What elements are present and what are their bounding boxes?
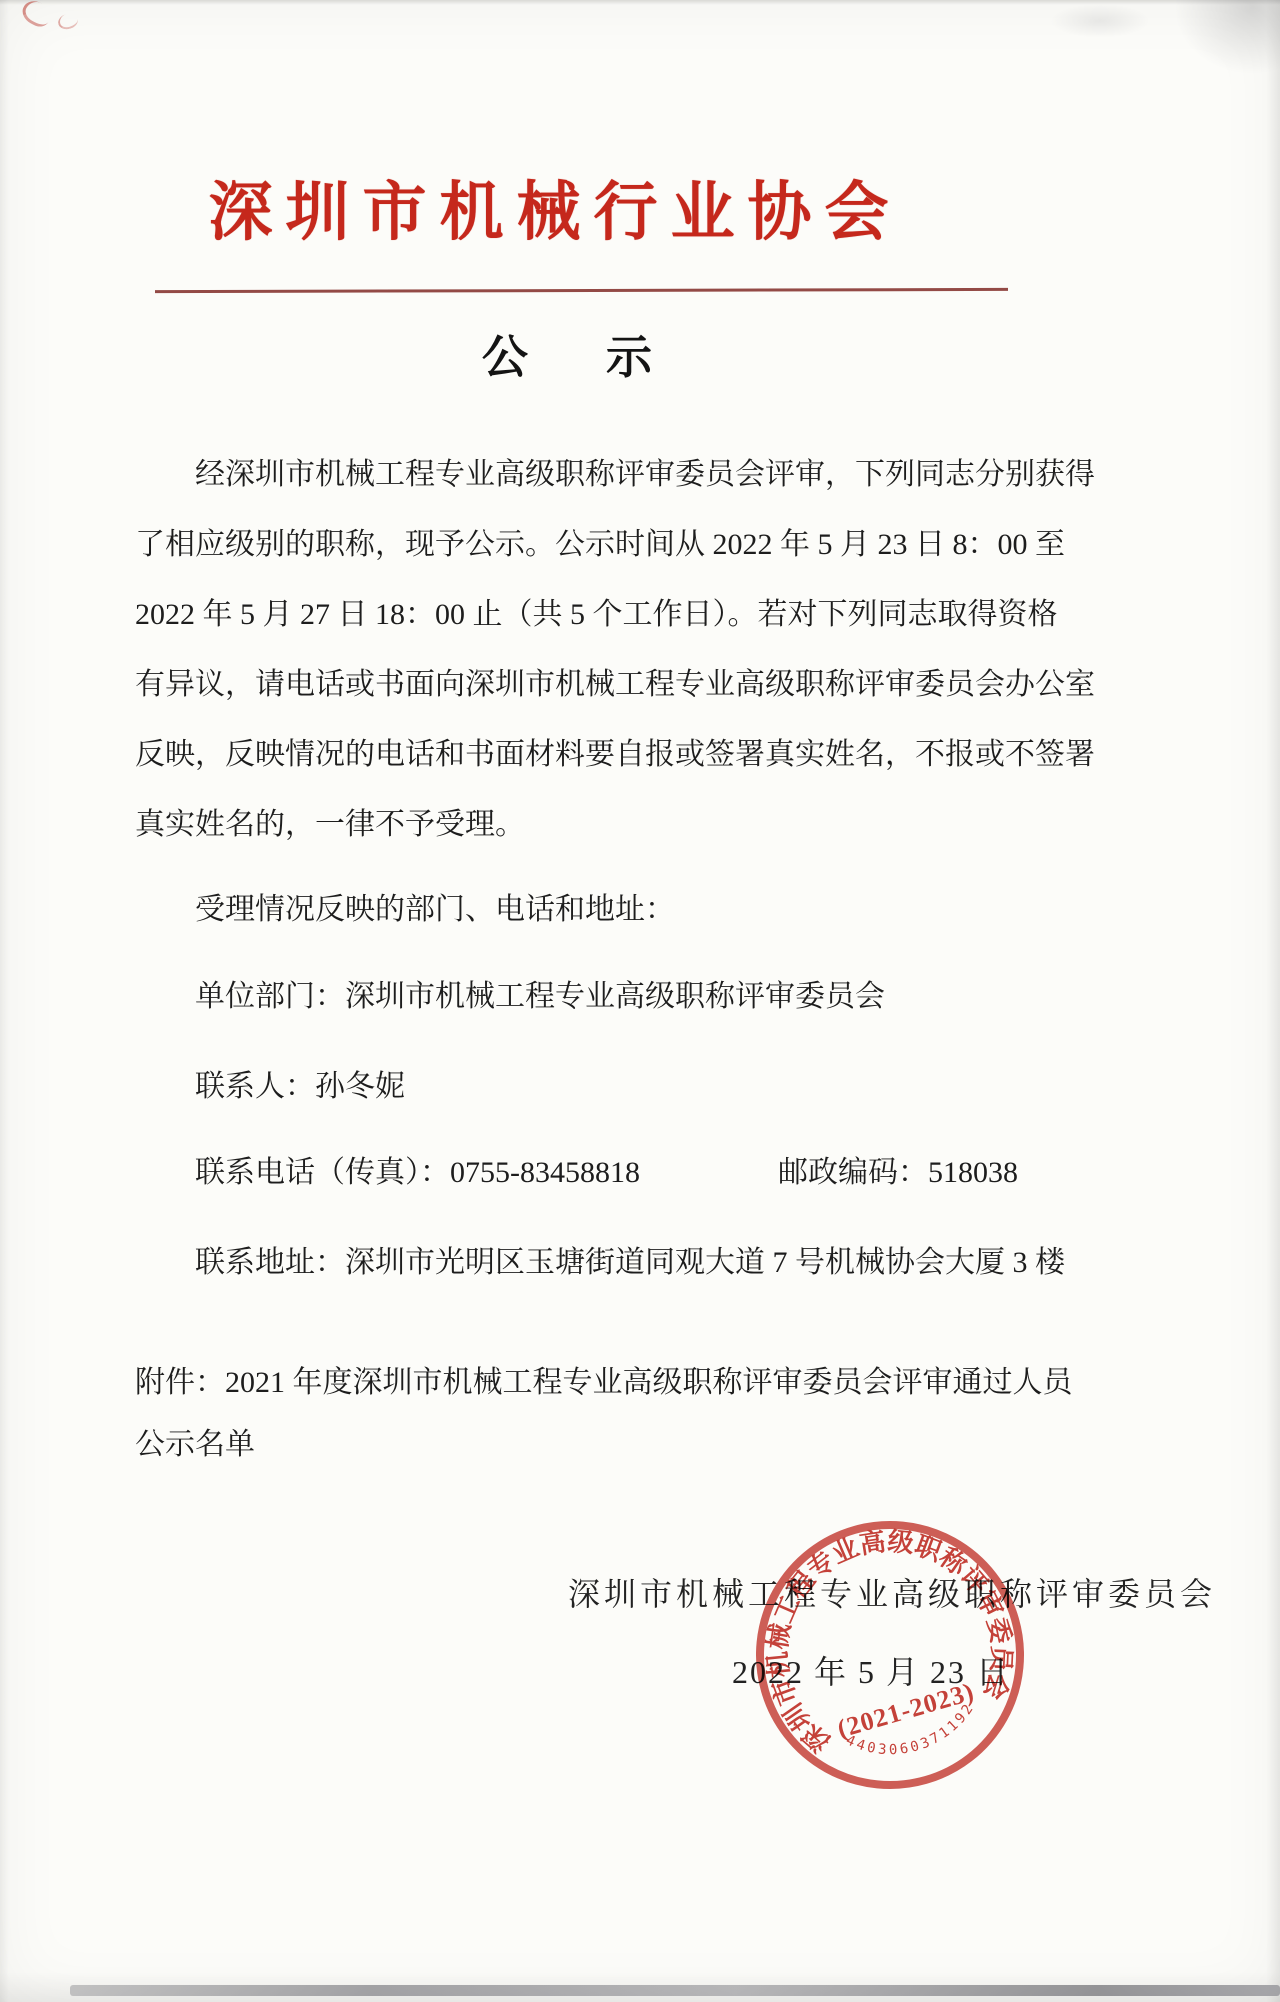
scan-artifact-smudge — [1168, 0, 1280, 80]
contact-phone-postal: 联系电话（传真）：0755-83458818邮政编码：518038 — [135, 1138, 1035, 1208]
contact-address: 联系地址：深圳市光明区玉塘街道同观大道 7 号机械协会大厦 3 楼 — [135, 1228, 1035, 1298]
scan-bottom-edge-band — [70, 1985, 1280, 1996]
body-line: 了相应级别的职称，现予公示。公示时间从 2022 年 5 月 23 日 8：00… — [135, 510, 1035, 580]
attachment-line: 公示名单 — [135, 1414, 1035, 1476]
contact-department-text: 单位部门：深圳市机械工程专业高级职称评审委员会 — [135, 962, 1035, 1032]
scan-edge-right — [1266, 0, 1280, 2002]
attachment-note: 附件：2021 年度深圳市机械工程专业高级职称评审委员会评审通过人员 公示名单 — [135, 1352, 1035, 1476]
contact-phone-text: 联系电话（传真）：0755-83458818 — [195, 1156, 640, 1189]
contact-address-text: 联系地址：深圳市光明区玉塘街道同观大道 7 号机械协会大厦 3 楼 — [135, 1228, 1035, 1298]
section-intro-text: 受理情况反映的部门、电话和地址： — [135, 875, 1035, 945]
notice-body-paragraph: 经深圳市机械工程专业高级职称评审委员会评审，下列同志分别获得 了相应级别的职称，… — [135, 440, 1035, 860]
body-line: 经深圳市机械工程专业高级职称评审委员会评审，下列同志分别获得 — [135, 440, 1035, 510]
scanned-notice-page: 深圳市机械行业协会 公 示 经深圳市机械工程专业高级职称评审委员会评审，下列同志… — [0, 0, 1280, 2002]
contact-postal-text: 邮政编码：518038 — [718, 1138, 1018, 1208]
body-line: 真实姓名的，一律不予受理。 — [135, 790, 1035, 860]
contact-person-text: 联系人：孙冬妮 — [135, 1052, 1035, 1122]
notice-title: 公 示 — [135, 326, 1015, 390]
contact-department: 单位部门：深圳市机械工程专业高级职称评审委员会 — [135, 962, 1035, 1032]
contact-phone-postal-text: 联系电话（传真）：0755-83458818邮政编码：518038 — [135, 1138, 1035, 1208]
scan-edge-left — [0, 0, 9, 2002]
scan-artifact-red-mark — [56, 12, 79, 32]
body-line: 2022 年 5 月 27 日 18：00 止（共 5 个工作日）。若对下列同志… — [135, 580, 1035, 650]
body-line: 反映，反映情况的电话和书面材料要自报或签署真实姓名，不报或不签署 — [135, 720, 1035, 790]
letterhead-org-name: 深圳市机械行业协会 — [115, 150, 995, 275]
body-line: 有异议，请电话或书面向深圳市机械工程专业高级职称评审委员会办公室 — [135, 650, 1035, 720]
contact-person: 联系人：孙冬妮 — [135, 1052, 1035, 1122]
official-seal: 深圳市机械工程专业高级职称评审委员会 (2021-2023) 440306037… — [704, 1469, 1075, 1840]
attachment-line: 附件：2021 年度深圳市机械工程专业高级职称评审委员会评审通过人员 — [135, 1352, 1035, 1414]
letterhead-rule — [155, 288, 1008, 293]
scan-artifact-smudge — [1050, 4, 1150, 38]
section-intro: 受理情况反映的部门、电话和地址： — [135, 875, 1035, 945]
